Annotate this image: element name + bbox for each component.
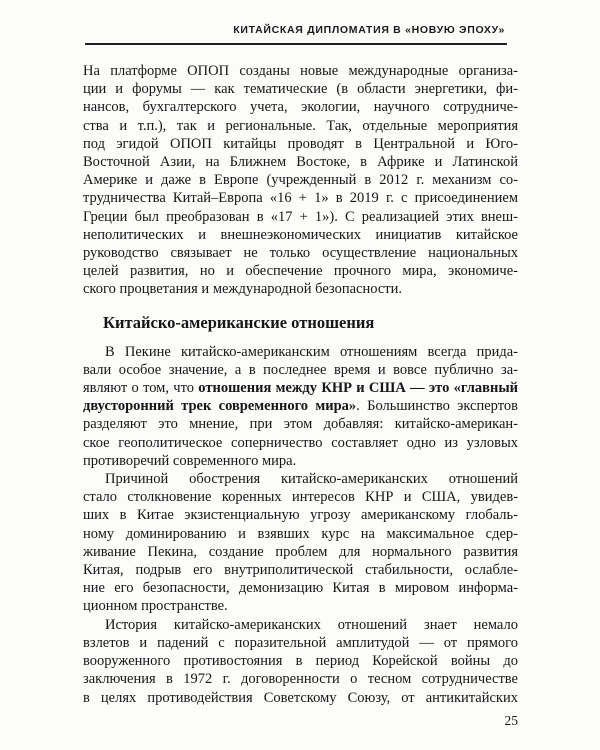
text-line: неполитических и внешнеэкономических ини… [83, 226, 518, 244]
body-text: разделяют это мнение, при этом добавляя:… [83, 416, 518, 432]
text-line: ции и форумы — как тематические (в облас… [83, 80, 518, 98]
body-text: живание Пекина, создание проблем для нор… [83, 544, 518, 560]
body-text: Причиной обострения китайско-американски… [105, 471, 518, 487]
paragraph: Причиной обострения китайско-американски… [83, 470, 518, 616]
body-text: . Большинство экспертов [356, 398, 518, 414]
text-line: двусторонний трек современного мира». Бо… [83, 397, 518, 415]
section-heading: Китайско-американские отношения [83, 313, 518, 333]
body-text: Китая, подрыв его внутриполитической ста… [83, 562, 518, 578]
text-line: в целях противодействия Советскому Союзу… [83, 689, 518, 707]
page-number: 25 [0, 713, 518, 729]
text-line: ших в Китае экзистенциальную угрозу амер… [83, 506, 518, 524]
text-line: заключения в 1972 г. договоренности о те… [83, 670, 518, 688]
text-line: взлетов и падений с поразительной амплит… [83, 634, 518, 652]
body-text: ции и форумы — как тематические (в облас… [83, 81, 518, 97]
body-text: взлетов и падений с поразительной амплит… [83, 635, 518, 651]
text-line: разделяют это мнение, при этом добавляя:… [83, 415, 518, 433]
text-line: ства и т.п.), так и региональные. Так, о… [83, 117, 518, 135]
page-body: На платформе ОПОП созданы новые междунар… [83, 62, 518, 707]
body-text: противоречий современного мира. [83, 453, 296, 469]
body-text: На платформе ОПОП созданы новые междунар… [83, 63, 518, 79]
text-line: нансов, бухгалтерского учета, экологии, … [83, 98, 518, 116]
text-line: трудничества Китай–Европа «16 + 1» в 201… [83, 189, 518, 207]
bold-text: отношения между КНР и США — это «главный [198, 380, 518, 396]
body-text: нансов, бухгалтерского учета, экологии, … [83, 99, 518, 115]
body-text: ское геополитическое соперничество соста… [83, 435, 518, 451]
body-text: в целях противодействия Советскому Союзу… [83, 690, 518, 706]
text-line: В Пекине китайско-американским отношения… [83, 343, 518, 361]
running-head: КИТАЙСКАЯ ДИПЛОМАТИЯ В «НОВУЮ ЭПОХУ» [85, 0, 505, 36]
paragraph: История китайско-американских отношений … [83, 616, 518, 707]
text-line: руководство связывает не только осуществ… [83, 244, 518, 262]
body-text: История китайско-американских отношений … [105, 617, 518, 633]
text-line: Восточной Азии, на Ближнем Востоке, в Аф… [83, 153, 518, 171]
body-text: под эгидой ОПОП китайцы проводят в Центр… [83, 136, 518, 152]
body-text: вали особое значение, а в последнее врем… [83, 362, 518, 378]
text-line: живание Пекина, создание проблем для нор… [83, 543, 518, 561]
text-line: Америке и даже в Европе (учрежденный в 2… [83, 171, 518, 189]
body-text: заключения в 1972 г. договоренности о те… [83, 671, 518, 687]
body-text: вооруженного противостояния в период Кор… [83, 653, 518, 669]
body-text: ному доминированию и взявших курс на мак… [83, 526, 518, 542]
text-line: вали особое значение, а в последнее врем… [83, 361, 518, 379]
book-page: КИТАЙСКАЯ ДИПЛОМАТИЯ В «НОВУЮ ЭПОХУ» На … [0, 0, 600, 750]
body-text: стало столкновение коренных интересов КН… [83, 489, 518, 505]
body-text: Восточной Азии, на Ближнем Востоке, в Аф… [83, 154, 518, 170]
body-text: Америке и даже в Европе (учрежденный в 2… [83, 172, 518, 188]
text-line: Китая, подрыв его внутриполитической ста… [83, 561, 518, 579]
bold-text: двусторонний трек современного мира» [83, 398, 356, 414]
text-line: На платформе ОПОП созданы новые междунар… [83, 62, 518, 80]
text-line: ское геополитическое соперничество соста… [83, 434, 518, 452]
text-line: являют о том, что отношения между КНР и … [83, 379, 518, 397]
text-line: Греции был преобразован в «17 + 1»). С р… [83, 208, 518, 226]
text-line: под эгидой ОПОП китайцы проводят в Центр… [83, 135, 518, 153]
body-text: трудничества Китай–Европа «16 + 1» в 201… [83, 190, 518, 206]
body-text: В Пекине китайско-американским отношения… [105, 344, 518, 360]
body-text: Греции был преобразован в «17 + 1»). С р… [83, 209, 518, 225]
text-line: стало столкновение коренных интересов КН… [83, 488, 518, 506]
text-line: История китайско-американских отношений … [83, 616, 518, 634]
body-text: ших в Китае экзистенциальную угрозу амер… [83, 507, 518, 523]
body-text: ского процветания и международной безопа… [83, 281, 402, 297]
text-line: ние его безопасности, демонизацию Китая … [83, 579, 518, 597]
paragraph: На платформе ОПОП созданы новые междунар… [83, 62, 518, 299]
text-line: ского процветания и международной безопа… [83, 280, 518, 298]
body-text: ционном пространстве. [83, 598, 228, 614]
text-line: Причиной обострения китайско-американски… [83, 470, 518, 488]
body-text: являют о том, что [83, 380, 198, 396]
text-line: вооруженного противостояния в период Кор… [83, 652, 518, 670]
paragraph: В Пекине китайско-американским отношения… [83, 343, 518, 470]
header-rule [85, 43, 507, 45]
text-line: ционном пространстве. [83, 597, 518, 615]
text-line: противоречий современного мира. [83, 452, 518, 470]
body-text: руководство связывает не только осуществ… [83, 245, 518, 261]
body-text: целей развития, но и обеспечение прочног… [83, 263, 518, 279]
text-line: целей развития, но и обеспечение прочног… [83, 262, 518, 280]
body-text: неполитических и внешнеэкономических ини… [83, 227, 518, 243]
body-text: ства и т.п.), так и региональные. Так, о… [83, 118, 518, 134]
body-text: ние его безопасности, демонизацию Китая … [83, 580, 518, 596]
text-line: ному доминированию и взявших курс на мак… [83, 525, 518, 543]
